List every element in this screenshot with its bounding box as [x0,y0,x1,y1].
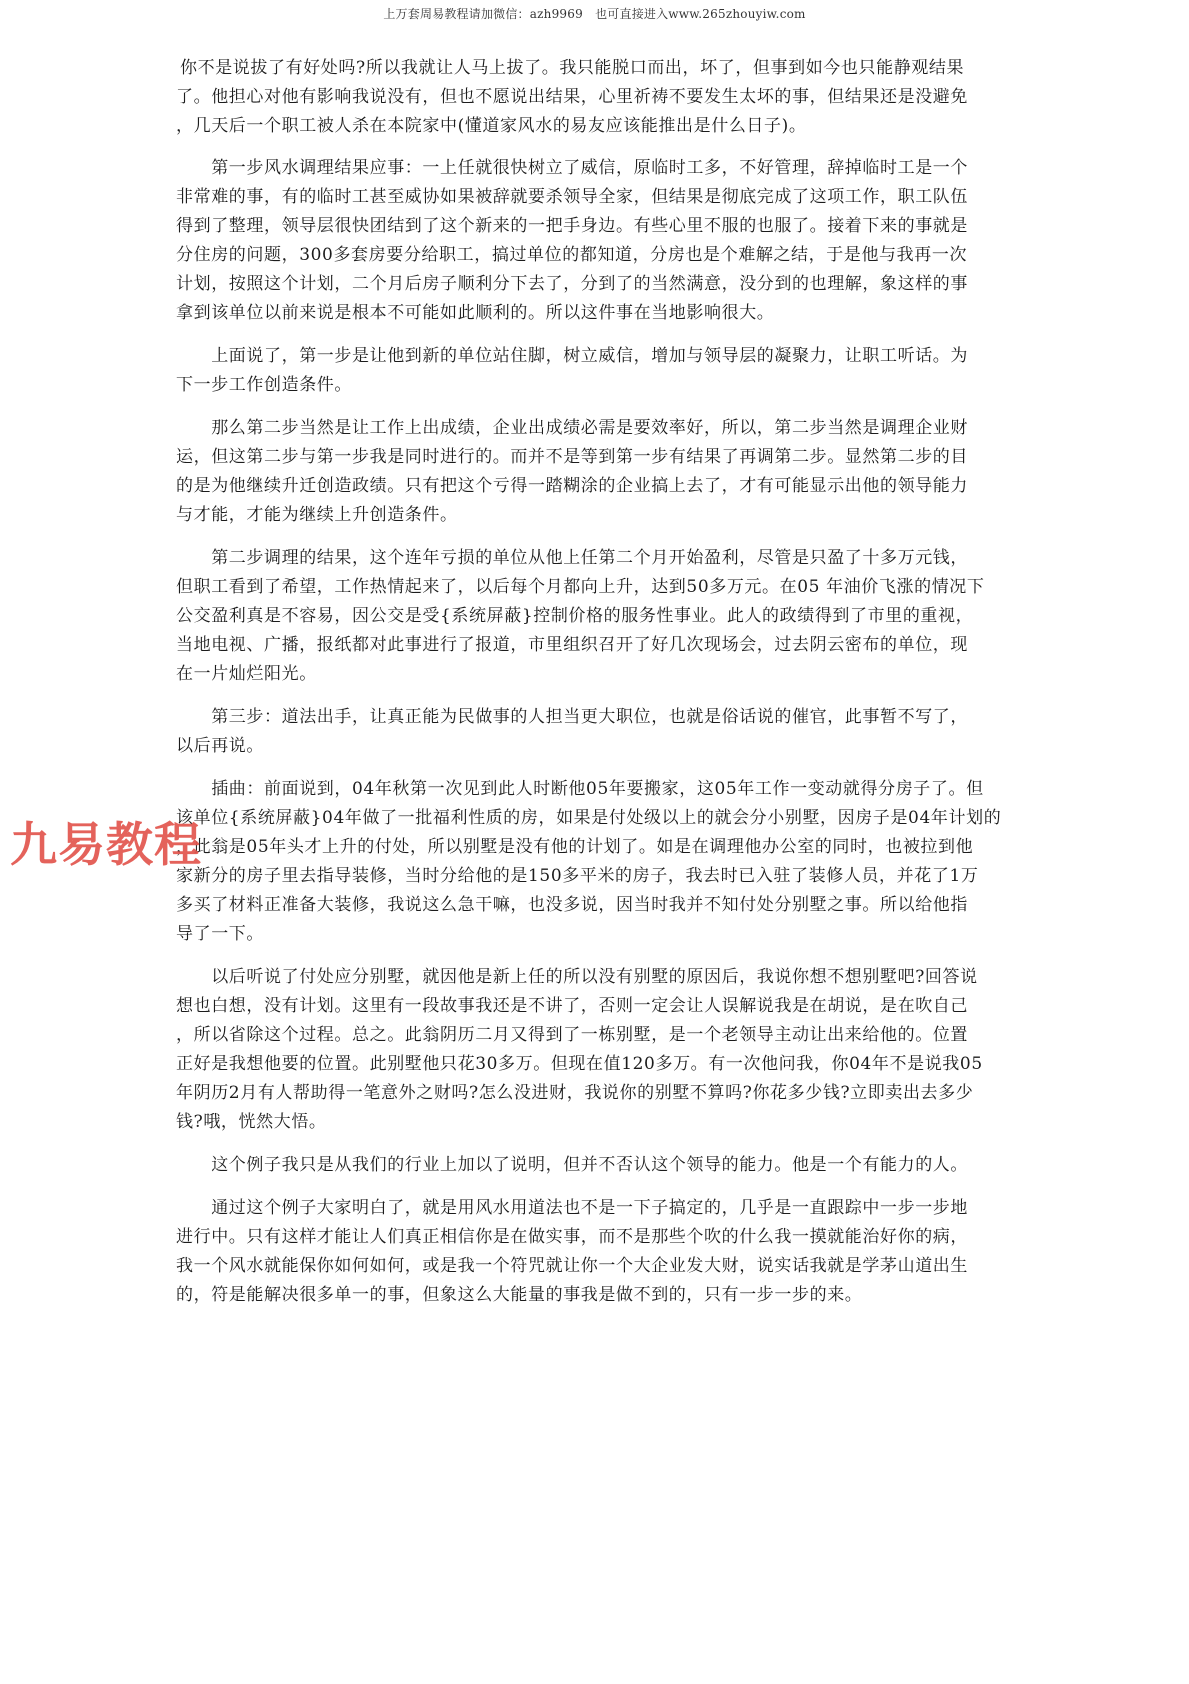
text-line: ，几天后一个职工被人杀在本院家中(懂道家风水的易友应该能推出是什么日子)。 [176,116,806,136]
text-line: 的是为他继续升迁创造政绩。只有把这个亏得一踏糊涂的企业搞上去了，才有可能显示出他… [176,476,968,496]
text-line: 运，但这第二步与第一步我是同时进行的。而并不是等到第一步有结果了再调第二步。显然… [176,447,968,467]
text-line: 与才能，才能为继续上升创造条件。 [176,505,458,525]
text-line: 在一片灿烂阳光。 [176,664,317,684]
text-line: 进行中。只有这样才能让人们真正相信你是在做实事，而不是那些个吹的什么我一摸就能治… [176,1227,968,1247]
text-line: 导了一下。 [176,924,264,944]
text-line: 年阴历2月有人帮助得一笔意外之财吗?怎么没进财，我说你的别墅不算吗?你花多少钱?… [176,1083,973,1103]
text-line: 你不是说拔了有好处吗?所以我就让人马上拔了。我只能脱口而出，坏了，但事到如今也只… [180,58,964,78]
text-line: 这个例子我只是从我们的行业上加以了说明，但并不否认这个领导的能力。他是一个有能力… [176,1155,968,1175]
text-line: 公交盈利真是不容易，因公交是受{系统屏蔽}控制价格的服务性事业。此人的政绩得到了… [176,606,973,626]
text-line: 钱?哦，恍然大悟。 [176,1112,327,1132]
text-line: 了。他担心对他有影响我说没有，但也不愿说出结果，心里祈祷不要发生太坏的事，但结果… [176,87,968,107]
text-line: 上面说了，第一步是让他到新的单位站住脚，树立威信，增加与领导层的凝聚力，让职工听… [176,346,968,366]
text-line: 通过这个例子大家明白了，就是用风水用道法也不是一下子搞定的，几乎是一直跟踪中一步… [176,1198,968,1218]
text-line: 以后再说。 [176,736,264,756]
text-line: 插曲：前面说到，04年秋第一次见到此人时断他05年要搬家，这05年工作一变动就得… [176,779,984,799]
text-line: 第一步风水调理结果应事：一上任就很快树立了威信，原临时工多，不好管理，辞掉临时工… [176,158,968,178]
text-line: 得到了整理，领导层很快团结到了这个新来的一把手身边。有些心里不服的也服了。接着下… [176,216,968,236]
text-line: 计划，按照这个计划，二个月后房子顺利分下去了，分到了的当然满意，没分到的也理解，… [176,274,968,294]
text-line: 以后听说了付处应分别墅，就因他是新上任的所以没有别墅的原因后，我说你想不想别墅吧… [176,967,978,987]
text-line: 的，符是能解决很多单一的事，但象这么大能量的事我是做不到的，只有一步一步的来。 [176,1285,862,1305]
text-line: 拿到该单位以前来说是根本不可能如此顺利的。所以这件事在当地影响很大。 [176,303,774,323]
header-note: 上万套周易教程请加微信：azh9969 也可直接进入www.265zhouyiw… [0,5,1189,22]
watermark-logo: 九易教程 [10,818,202,874]
text-line: 下一步工作创造条件。 [176,375,352,395]
text-line: ，所以省除这个过程。总之。此翁阴历二月又得到了一栋别墅，是一个老领导主动让出来给… [176,1025,968,1045]
text-line: 该单位{系统屏蔽}04年做了一批福利性质的房，如果是付处级以上的就会分小别墅，因… [176,808,1001,828]
text-line: 我一个风水就能保你如何如何，或是我一个符咒就让你一个大企业发大财，说实话我就是学… [176,1256,968,1276]
text-line: 多买了材料正准备大装修，我说这么急干嘛，也没多说，因当时我并不知付处分别墅之事。… [176,895,968,915]
text-line: 第三步：道法出手，让真正能为民做事的人担当更大职位，也就是俗话说的催官，此事暂不… [176,707,968,727]
text-line: ，此翁是05年头才上升的付处，所以别墅是没有他的计划了。如是在调理他办公室的同时… [176,837,973,857]
text-line: 那么第二步当然是让工作上出成绩，企业出成绩必需是要效率好，所以，第二步当然是调理… [176,418,968,438]
text-line: 正好是我想他要的位置。此别墅他只花30多万。但现在值120多万。有一次他问我，你… [176,1054,983,1074]
text-line: 非常难的事，有的临时工甚至威协如果被辞就要杀领导全家，但结果是彻底完成了这项工作… [176,187,968,207]
text-line: 家新分的房子里去指导装修，当时分给他的是150多平米的房子，我去时已入驻了装修人… [176,866,978,886]
text-line: 分住房的问题，300多套房要分给职工，搞过单位的都知道，分房也是个难解之结，于是… [176,245,967,265]
text-line: 但职工看到了希望，工作热情起来了，以后每个月都向上升，达到50多万元。在05 年… [176,577,984,597]
text-line: 第二步调理的结果，这个连年亏损的单位从他上任第二个月开始盈利，尽管是只盈了十多万… [176,548,968,568]
text-line: 想也白想，没有计划。这里有一段故事我还是不讲了，否则一定会让人误解说我是在胡说，… [176,996,968,1016]
text-line: 当地电视、广播，报纸都对此事进行了报道，市里组织召开了好几次现场会，过去阴云密布… [176,635,968,655]
